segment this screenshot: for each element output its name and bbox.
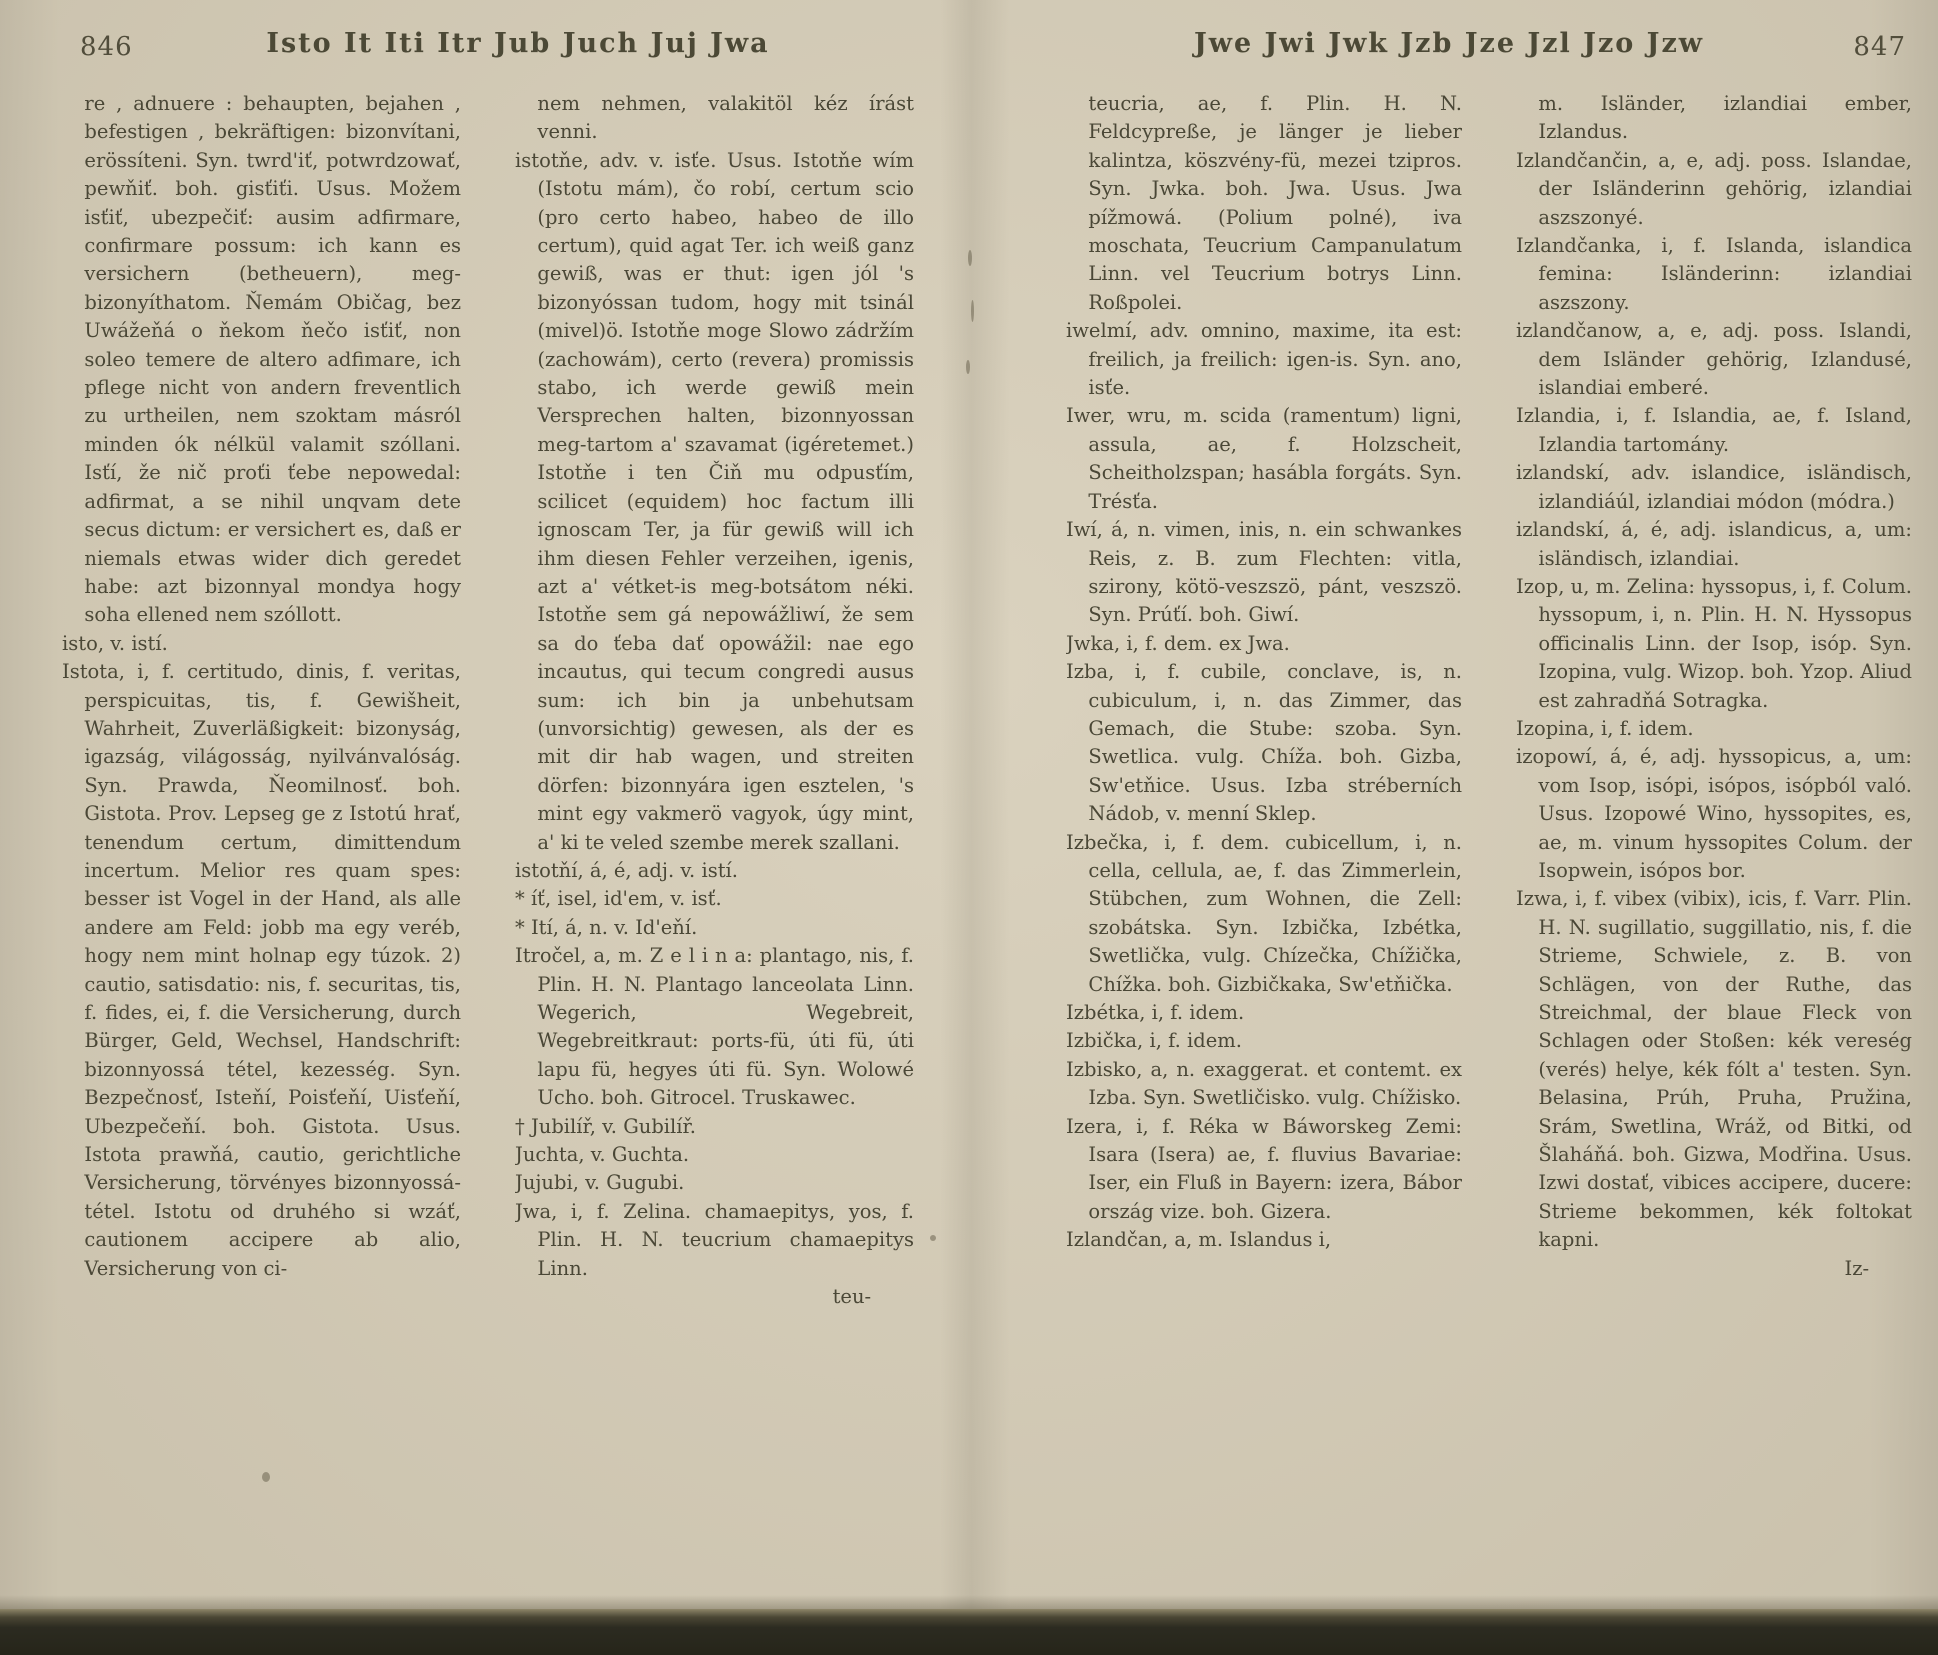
dictionary-entry: Izba, i, f. cubile, conclave, is, n. cub…	[1066, 658, 1462, 828]
continuation-paragraph: re , adnuere : behaupten, bejahen , befe…	[62, 90, 461, 630]
dictionary-entry: Iwer, wru, m. scida (ramentum) ligni, as…	[1066, 402, 1462, 516]
dictionary-entry: Izlandčanka, i, f. Islanda, islandica fe…	[1516, 232, 1912, 317]
scan-speck	[262, 1472, 270, 1482]
dictionary-entry: * Ití, á, n. v. Id'eňí.	[515, 914, 914, 942]
continuation-paragraph: m. Isländer, izlandiai ember, Izlandus.	[1516, 90, 1912, 147]
right-running-head: Jwe Jwi Jwk Jzb Jze Jzl Jzo Jzw	[1066, 28, 1912, 59]
dictionary-entry: izlandskí, á, é, adj. islandicus, a, um:…	[1516, 516, 1912, 573]
dictionary-entry: Izera, i, f. Réka w Báworskeg Zemi: Isar…	[1066, 1113, 1462, 1227]
dictionary-entry: Izlandia, i, f. Islandia, ae, f. Island,…	[1516, 402, 1912, 459]
column-1: re , adnuere : behaupten, bejahen , befe…	[62, 90, 461, 1542]
dictionary-entry: Itročel, a, m. Z e l i n a: plantago, ni…	[515, 942, 914, 1112]
dictionary-entry: Jwa, i, f. Zelina. chamaepitys, yos, f. …	[515, 1198, 914, 1283]
page-gutter-shadow	[940, 0, 1010, 1610]
continuation-paragraph: nem nehmen, valakitöl kéz írást venni.	[515, 90, 914, 147]
dictionary-entry: Juchta, v. Guchta.	[515, 1141, 914, 1169]
dictionary-entry: † Jubilíř, v. Gubilíř.	[515, 1113, 914, 1141]
continuation-paragraph: teucria, ae, f. Plin. H. N. Feldcypreße,…	[1066, 90, 1462, 317]
dictionary-entry: Izbétka, i, f. idem.	[1066, 999, 1462, 1027]
dictionary-entry: Izbisko, a, n. exaggerat. et contemt. ex…	[1066, 1056, 1462, 1113]
left-page: 846 Isto It Iti Itr Jub Juch Juj Jwa re …	[62, 26, 914, 1542]
dictionary-entry: iwelmí, adv. omnino, maxime, ita est: fr…	[1066, 317, 1462, 402]
dictionary-entry: izlandskí, adv. islandice, isländisch, i…	[1516, 459, 1912, 516]
left-page-header: 846 Isto It Iti Itr Jub Juch Juj Jwa	[62, 26, 914, 82]
catchword: teu-	[515, 1283, 914, 1311]
dictionary-entry: isto, v. istí.	[62, 630, 461, 658]
column-4: m. Isländer, izlandiai ember, Izlandus.I…	[1516, 90, 1912, 1542]
scan-speck	[971, 300, 974, 322]
dictionary-entry: Izbička, i, f. idem.	[1066, 1027, 1462, 1055]
column-2: nem nehmen, valakitöl kéz írást venni.is…	[515, 90, 914, 1542]
book-bottom-edge	[0, 1609, 1938, 1655]
dictionary-entry: Izlandčančin, a, e, adj. poss. Islandae,…	[1516, 147, 1912, 232]
dictionary-entry: * íť, isel, id'em, v. isť.	[515, 885, 914, 913]
right-page-columns: teucria, ae, f. Plin. H. N. Feldcypreße,…	[1066, 90, 1912, 1542]
right-page-header: Jwe Jwi Jwk Jzb Jze Jzl Jzo Jzw 847	[1066, 26, 1912, 82]
right-page-number: 847	[1853, 32, 1906, 62]
dictionary-entry: istotňí, á, é, adj. v. istí.	[515, 857, 914, 885]
catchword: Iz-	[1516, 1255, 1912, 1283]
dictionary-entry: Izwa, i, f. vibex (vibix), icis, f. Varr…	[1516, 885, 1912, 1254]
dictionary-entry: Iwí, á, n. vimen, inis, n. ein schwankes…	[1066, 516, 1462, 630]
dictionary-entry: Jwka, i, f. dem. ex Jwa.	[1066, 630, 1462, 658]
scan-speck	[930, 1235, 936, 1241]
dictionary-entry: Izbečka, i, f. dem. cubicellum, i, n. ce…	[1066, 829, 1462, 999]
dictionary-entry: istotňe, adv. v. isťe. Usus. Istotňe wím…	[515, 147, 914, 857]
dictionary-entry: izlandčanow, a, e, adj. poss. Islandi, d…	[1516, 317, 1912, 402]
scan-speck	[968, 250, 972, 266]
dictionary-entry: Istota, i, f. certitudo, dinis, f. verit…	[62, 658, 461, 1283]
dictionary-entry: izopowí, á, é, adj. hyssopicus, a, um: v…	[1516, 743, 1912, 885]
dictionary-entry: Jujubi, v. Gugubi.	[515, 1169, 914, 1197]
column-3: teucria, ae, f. Plin. H. N. Feldcypreße,…	[1066, 90, 1462, 1542]
dictionary-entry: Izopina, i, f. idem.	[1516, 715, 1912, 743]
dictionary-entry: Izop, u, m. Zelina: hyssopus, i, f. Colu…	[1516, 573, 1912, 715]
left-running-head: Isto It Iti Itr Jub Juch Juj Jwa	[62, 28, 914, 59]
left-page-columns: re , adnuere : behaupten, bejahen , befe…	[62, 90, 914, 1542]
dictionary-entry: Izlandčan, a, m. Islandus i,	[1066, 1226, 1462, 1254]
scan-speck	[966, 360, 970, 374]
right-page: Jwe Jwi Jwk Jzb Jze Jzl Jzo Jzw 847 teuc…	[1066, 26, 1912, 1542]
